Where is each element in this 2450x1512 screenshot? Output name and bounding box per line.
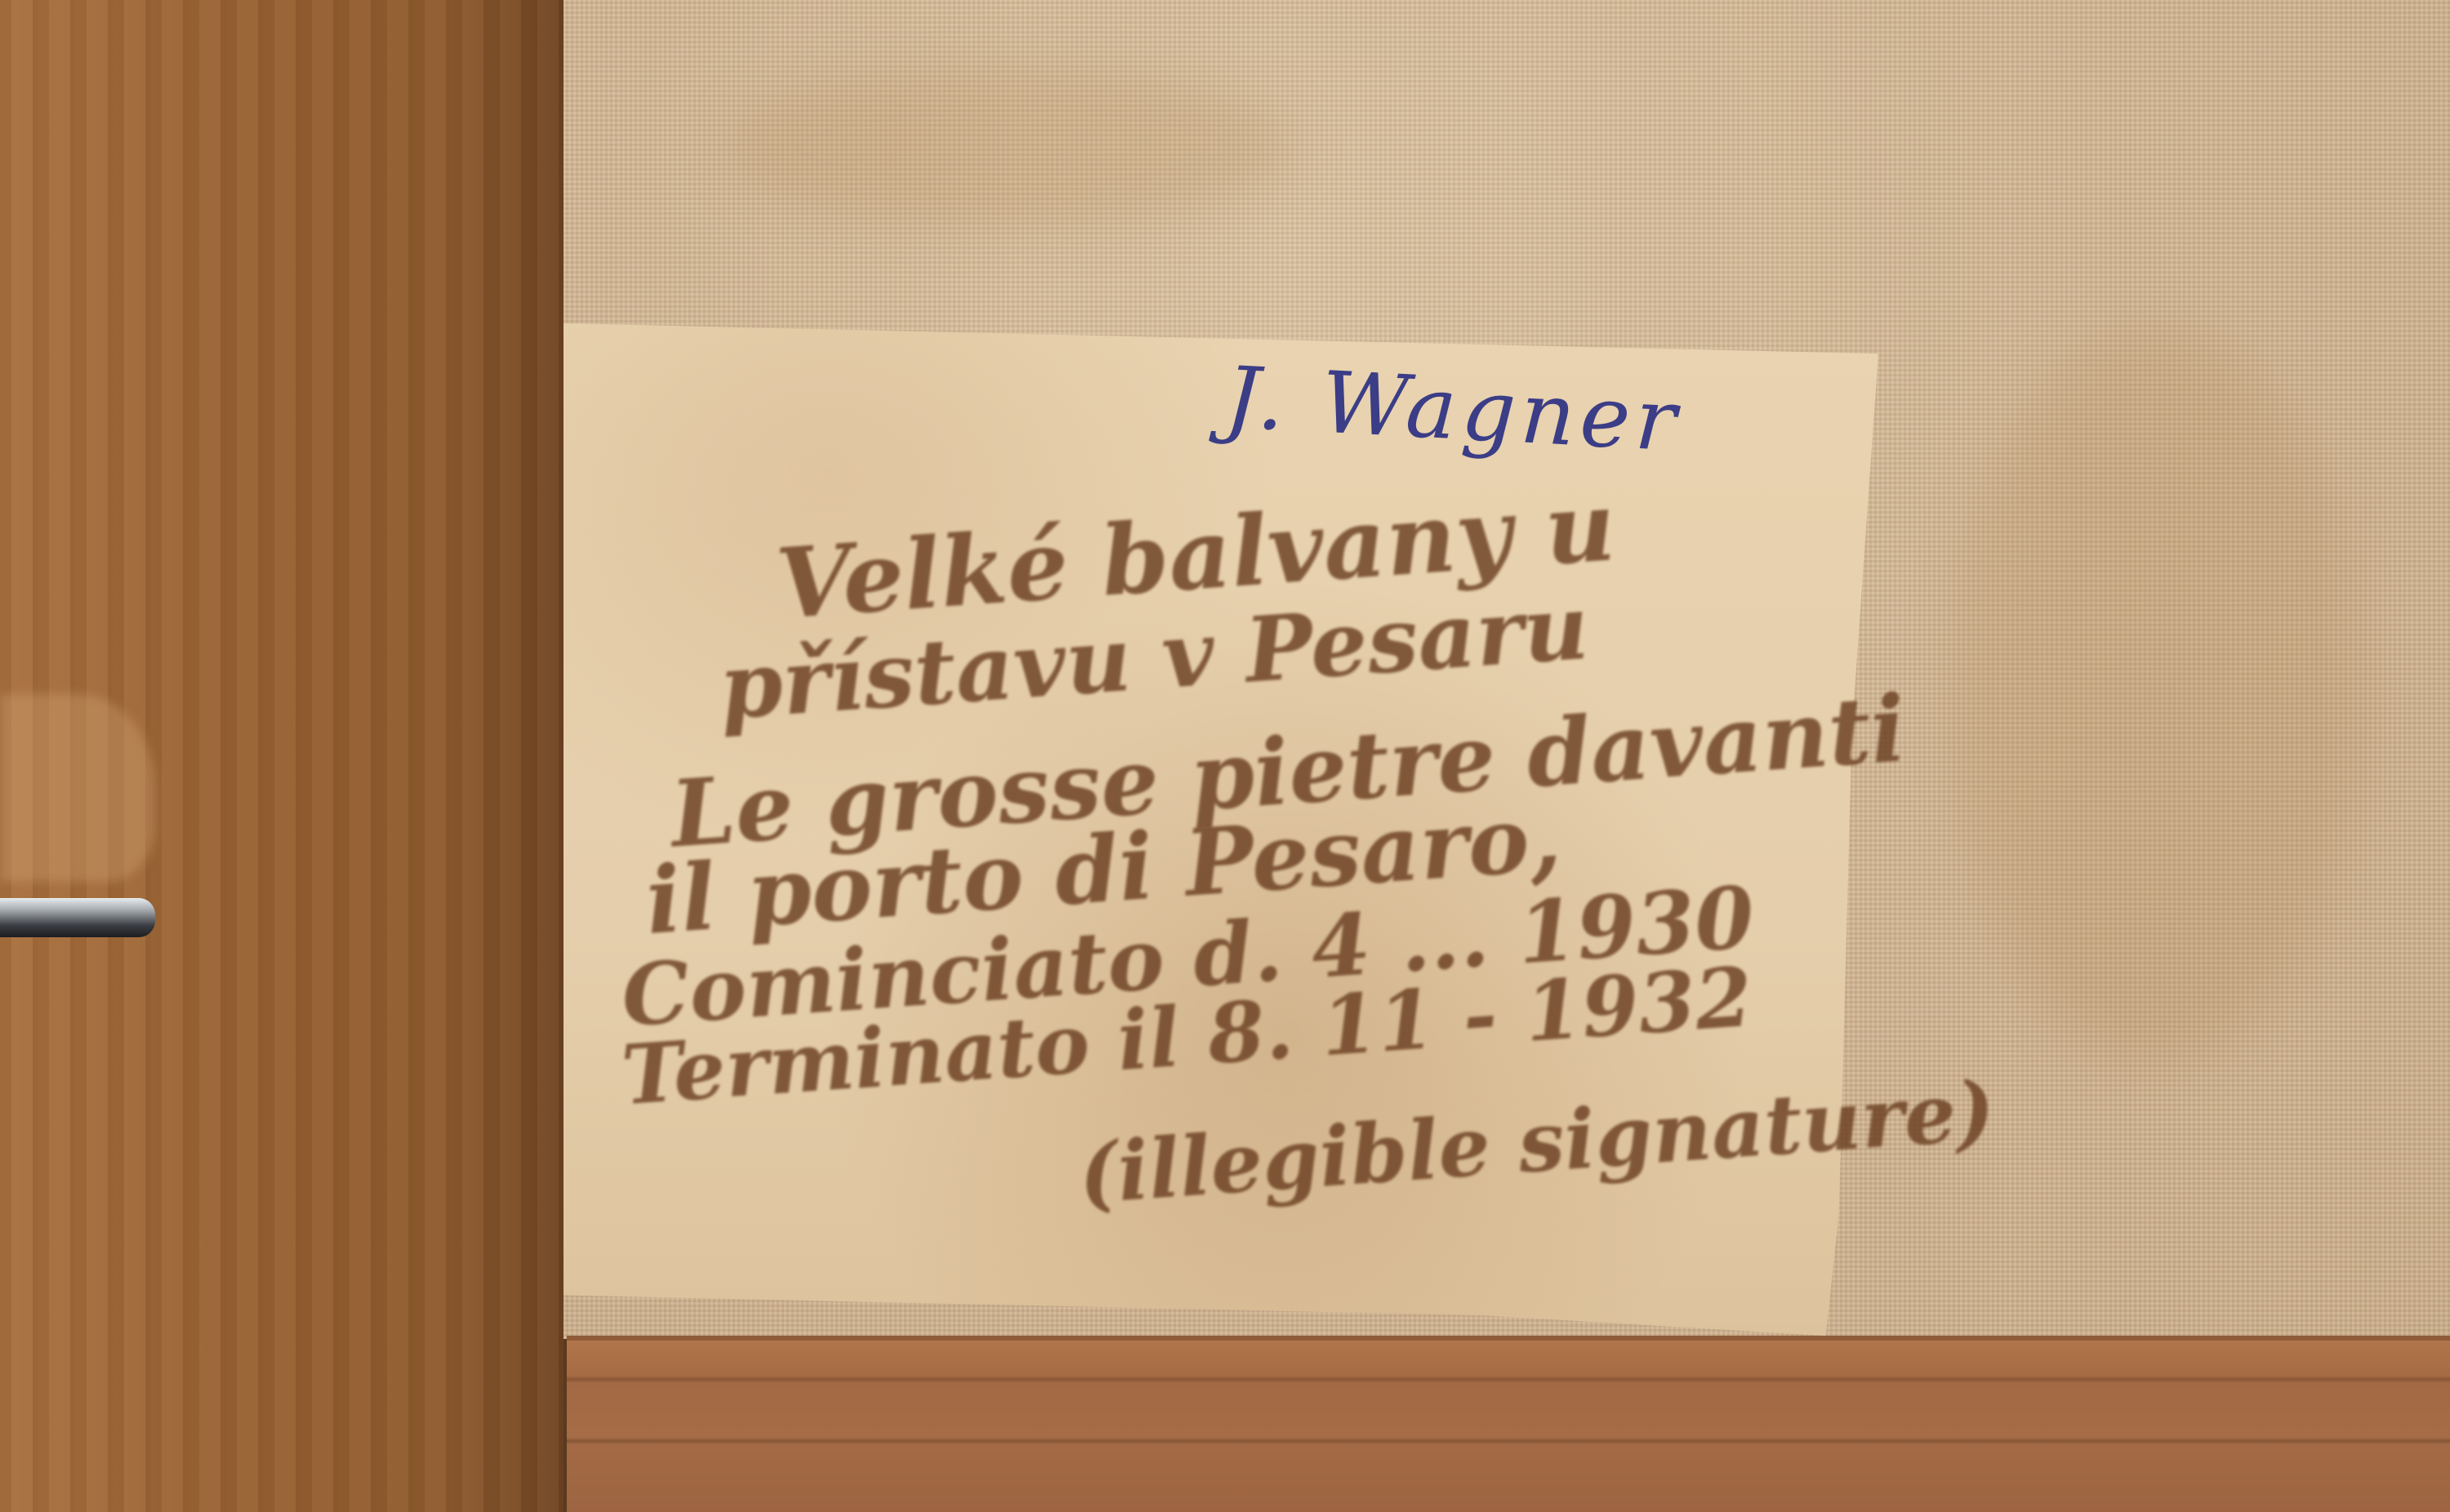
wooden-stretcher-bottom: [567, 1336, 2450, 1512]
canvas-stain: [727, 65, 1298, 229]
canvas-stain: [1952, 327, 2360, 1061]
wood-knot: [0, 694, 155, 882]
metal-nail: [0, 898, 155, 937]
